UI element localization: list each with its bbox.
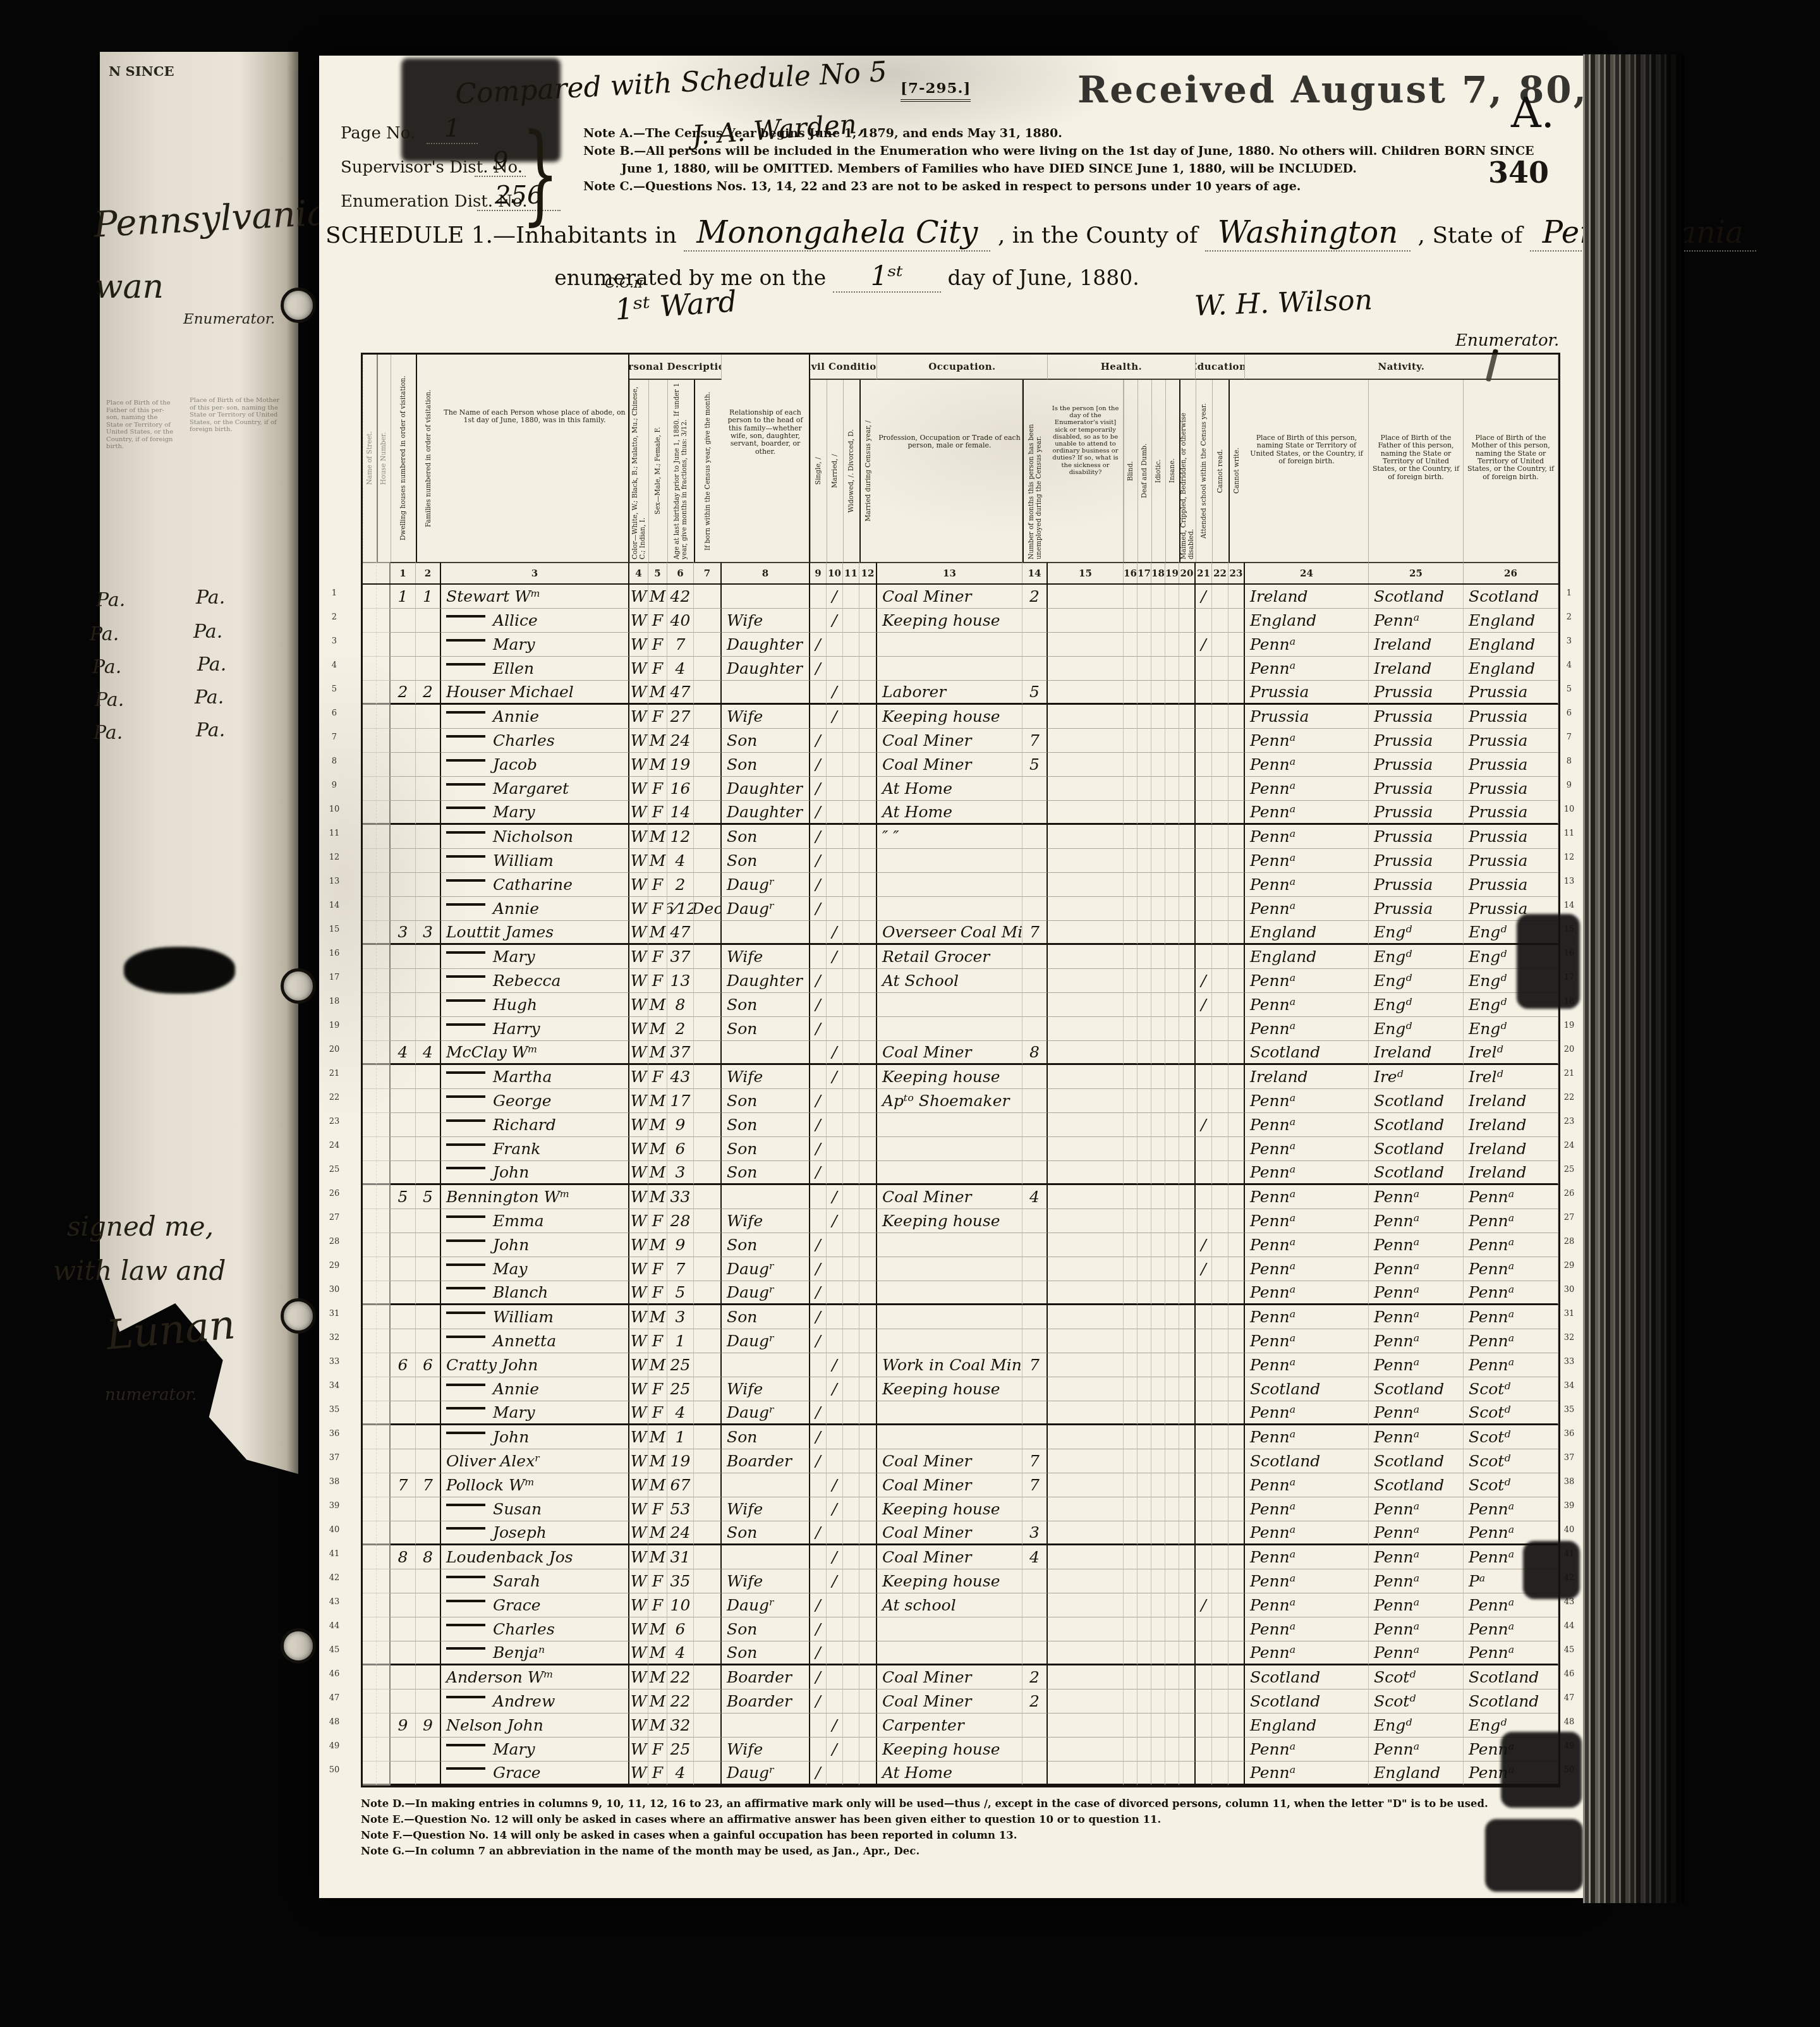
cell-rel-row1	[722, 585, 810, 609]
cell-fb-row49: Pennᵃ	[1369, 1738, 1464, 1762]
cell-deaf-row26	[1137, 1185, 1151, 1209]
line-number: 26	[324, 1182, 344, 1206]
cell-mcy-row21	[859, 1065, 877, 1089]
cell-rd-row22	[1212, 1089, 1228, 1113]
cell-idiotic-row44	[1151, 1617, 1165, 1641]
cell-wd-row43	[843, 1593, 859, 1617]
cell-house-row19	[377, 1017, 391, 1041]
cell-dw-row22	[391, 1089, 416, 1113]
cell-wd-row6	[843, 705, 859, 729]
cell-sg-row9: /	[810, 777, 827, 801]
cell-mr-row11	[827, 825, 843, 849]
cell-blind-row47	[1124, 1689, 1137, 1714]
ink-blot	[1523, 1541, 1580, 1599]
cell-u-row13	[1022, 873, 1048, 897]
cell-deaf-row28	[1137, 1233, 1151, 1257]
cell-idiotic-row30	[1151, 1281, 1165, 1305]
cell-idiotic-row14	[1151, 897, 1165, 921]
cell-s-row41: M	[648, 1545, 667, 1569]
cell-bm-row45	[694, 1641, 722, 1665]
cell-sch-row8	[1196, 753, 1212, 777]
column-number-23: 23	[1228, 562, 1245, 583]
cell-c-row14: W	[629, 897, 648, 921]
cell-sch-row14	[1196, 897, 1212, 921]
cell-fb-row20: Ireland	[1369, 1041, 1464, 1065]
cell-idiotic-row27	[1151, 1209, 1165, 1233]
line-number: 7	[1559, 726, 1579, 750]
cell-sick-row24	[1048, 1137, 1124, 1161]
cell-house-row27	[377, 1209, 391, 1233]
column-label-mr: Married, /	[827, 380, 843, 562]
ditto-mark	[446, 1287, 485, 1289]
cell-sch-row50	[1196, 1762, 1212, 1786]
cell-u-row26: 4	[1022, 1185, 1048, 1209]
cell-pb-row9: Pennᵃ	[1245, 777, 1369, 801]
cell-insane-row36	[1165, 1425, 1179, 1449]
cell-fam-row17	[416, 969, 441, 993]
cell-sch-row24	[1196, 1137, 1212, 1161]
cell-rel-row18: Son	[722, 993, 810, 1017]
cell-blind-row2	[1124, 609, 1137, 633]
cell-wd-row5	[843, 681, 859, 705]
cell-c-row12: W	[629, 849, 648, 873]
cell-mb-row32: Pennᵃ	[1464, 1329, 1558, 1353]
cell-fb-row14: Prussia	[1369, 897, 1464, 921]
cell-dw-row1: 1	[391, 585, 416, 609]
cell-fb-row35: Pennᵃ	[1369, 1401, 1464, 1425]
cell-sick-row47	[1048, 1689, 1124, 1714]
cell-a-row12: 4	[667, 849, 694, 873]
cell-mcy-row41	[859, 1545, 877, 1569]
cell-c-row21: W	[629, 1065, 648, 1089]
line-number: 19	[1559, 1014, 1579, 1038]
cell-mcy-row37	[859, 1449, 877, 1473]
cell-maimed-row26	[1179, 1185, 1196, 1209]
cell-deaf-row44	[1137, 1617, 1151, 1641]
cell-mb-row21: Irelᵈ	[1464, 1065, 1558, 1089]
cell-a-row6: 27	[667, 705, 694, 729]
line-number: 49	[324, 1734, 344, 1758]
cell-pb-row22: Pennᵃ	[1245, 1089, 1369, 1113]
cell-fam-row45	[416, 1641, 441, 1665]
cell-wd-row48	[843, 1714, 859, 1738]
cell-mb-row36: Scotᵈ	[1464, 1425, 1558, 1449]
cell-mcy-row28	[859, 1233, 877, 1257]
cell-occ-row34: Keeping house	[877, 1377, 1022, 1401]
cell-sch-row22	[1196, 1089, 1212, 1113]
line-number: 8	[1559, 750, 1579, 774]
cell-bm-row33	[694, 1353, 722, 1377]
cell-sg-row8: /	[810, 753, 827, 777]
cell-a-row34: 25	[667, 1377, 694, 1401]
cell-blind-row19	[1124, 1017, 1137, 1041]
cell-fb-row6: Prussia	[1369, 705, 1464, 729]
cell-fb-row9: Prussia	[1369, 777, 1464, 801]
margin-fragment: with law and	[53, 1255, 226, 1286]
cell-bm-row20	[694, 1041, 722, 1065]
cell-sg-row10: /	[810, 801, 827, 825]
cell-deaf-row34	[1137, 1377, 1151, 1401]
cell-maimed-row29	[1179, 1257, 1196, 1281]
cell-s-row24: M	[648, 1137, 667, 1161]
margin-fragment: Enumerator.	[183, 311, 275, 327]
cell-house-row38	[377, 1473, 391, 1497]
cell-street-row28	[363, 1233, 377, 1257]
cell-mr-row36	[827, 1425, 843, 1449]
cell-wd-row16	[843, 945, 859, 969]
cell-pb-row47: Scotland	[1245, 1689, 1369, 1714]
line-number: 23	[324, 1110, 344, 1134]
cell-fam-row1: 1	[416, 585, 441, 609]
column-label-rd: Cannot read.	[1212, 380, 1228, 562]
cell-bm-row43	[694, 1593, 722, 1617]
line-number: 24	[1559, 1134, 1579, 1158]
cell-sch-row40	[1196, 1521, 1212, 1545]
cell-insane-row17	[1165, 969, 1179, 993]
cell-c-row38: W	[629, 1473, 648, 1497]
cell-sg-row26	[810, 1185, 827, 1209]
cell-insane-row10	[1165, 801, 1179, 825]
cell-fam-row23	[416, 1113, 441, 1137]
cell-s-row4: F	[648, 657, 667, 681]
cell-dw-row40	[391, 1521, 416, 1545]
cell-pb-row49: Pennᵃ	[1245, 1738, 1369, 1762]
cell-sg-row36: /	[810, 1425, 827, 1449]
cell-street-row49	[363, 1738, 377, 1762]
cell-u-row44	[1022, 1617, 1048, 1641]
column-number-13: 13	[877, 562, 1022, 583]
cell-name-row13: Catharine	[441, 873, 629, 897]
cell-rd-row20	[1212, 1041, 1228, 1065]
cell-house-row50	[377, 1762, 391, 1786]
cell-mb-row8: Prussia	[1464, 753, 1558, 777]
cell-blind-row5	[1124, 681, 1137, 705]
cell-insane-row14	[1165, 897, 1179, 921]
cell-fam-row28	[416, 1233, 441, 1257]
cell-a-row27: 28	[667, 1209, 694, 1233]
cell-sick-row43	[1048, 1593, 1124, 1617]
cell-name-row23: Richard	[441, 1113, 629, 1137]
cell-bm-row22	[694, 1089, 722, 1113]
cell-maimed-row19	[1179, 1017, 1196, 1041]
cell-mcy-row14	[859, 897, 877, 921]
cell-idiotic-row18	[1151, 993, 1165, 1017]
cell-pb-row14: Pennᵃ	[1245, 897, 1369, 921]
cell-mcy-row17	[859, 969, 877, 993]
cell-fam-row16	[416, 945, 441, 969]
column-label-sch: Attended school within the Census year.	[1196, 380, 1212, 562]
cell-insane-row29	[1165, 1257, 1179, 1281]
cell-idiotic-row19	[1151, 1017, 1165, 1041]
group-header-pd: Personal Description.	[629, 355, 722, 380]
table-header: Personal Description.Civil Condition.Occ…	[363, 355, 1558, 585]
cell-wd-row23	[843, 1113, 859, 1137]
cell-maimed-row4	[1179, 657, 1196, 681]
cell-mb-row2: England	[1464, 609, 1558, 633]
cell-insane-row34	[1165, 1377, 1179, 1401]
cell-insane-row27	[1165, 1209, 1179, 1233]
line-number: 44	[324, 1614, 344, 1638]
cell-insane-row18	[1165, 993, 1179, 1017]
cell-a-row32: 1	[667, 1329, 694, 1353]
cell-pb-row30: Pennᵃ	[1245, 1281, 1369, 1305]
cell-c-row1: W	[629, 585, 648, 609]
ditto-mark	[446, 783, 485, 786]
cell-name-row22: George	[441, 1089, 629, 1113]
cell-insane-row39	[1165, 1497, 1179, 1521]
cell-maimed-row5	[1179, 681, 1196, 705]
cell-bm-row36	[694, 1425, 722, 1449]
cell-sg-row42	[810, 1569, 827, 1593]
cell-sg-row20	[810, 1041, 827, 1065]
cell-a-row30: 5	[667, 1281, 694, 1305]
cell-house-row30	[377, 1281, 391, 1305]
cell-street-row13	[363, 873, 377, 897]
cell-sick-row49	[1048, 1738, 1124, 1762]
cell-u-row8: 5	[1022, 753, 1048, 777]
cell-sick-row44	[1048, 1617, 1124, 1641]
cell-name-row6: Annie	[441, 705, 629, 729]
cell-fb-row42: Pennᵃ	[1369, 1569, 1464, 1593]
cell-insane-row21	[1165, 1065, 1179, 1089]
line-number: 46	[1559, 1662, 1579, 1686]
line-number: 35	[1559, 1398, 1579, 1422]
cell-wd-row2	[843, 609, 859, 633]
column-number-14: 14	[1022, 562, 1048, 583]
cell-idiotic-row12	[1151, 849, 1165, 873]
cell-insane-row22	[1165, 1089, 1179, 1113]
cell-wr-row2	[1228, 609, 1245, 633]
cell-s-row44: M	[648, 1617, 667, 1641]
cell-wr-row1	[1228, 585, 1245, 609]
cell-street-row39	[363, 1497, 377, 1521]
cell-wd-row42	[843, 1569, 859, 1593]
cell-sch-row15	[1196, 921, 1212, 945]
ditto-mark	[446, 807, 485, 809]
cell-c-row48: W	[629, 1714, 648, 1738]
cell-fb-row25: Scotland	[1369, 1161, 1464, 1185]
cell-street-row45	[363, 1641, 377, 1665]
cell-pb-row38: Pennᵃ	[1245, 1473, 1369, 1497]
cell-s-row48: M	[648, 1714, 667, 1738]
cell-blind-row45	[1124, 1641, 1137, 1665]
cell-bm-row13	[694, 873, 722, 897]
column-label-insane: Insane.	[1165, 380, 1179, 562]
cell-wr-row8	[1228, 753, 1245, 777]
cell-rel-row7: Son	[722, 729, 810, 753]
cell-rd-row4	[1212, 657, 1228, 681]
cell-a-row15: 47	[667, 921, 694, 945]
cell-pb-row43: Pennᵃ	[1245, 1593, 1369, 1617]
cell-pb-row26: Pennᵃ	[1245, 1185, 1369, 1209]
cell-mcy-row44	[859, 1617, 877, 1641]
cell-fam-row4	[416, 657, 441, 681]
cell-street-row18	[363, 993, 377, 1017]
cell-sg-row21	[810, 1065, 827, 1089]
cell-a-row13: 2	[667, 873, 694, 897]
cell-sch-row1: /	[1196, 585, 1212, 609]
ditto-mark	[446, 759, 485, 762]
cell-u-row39	[1022, 1497, 1048, 1521]
cell-s-row23: M	[648, 1113, 667, 1137]
cell-a-row46: 22	[667, 1665, 694, 1689]
cell-mcy-row40	[859, 1521, 877, 1545]
line-number: 1	[1559, 581, 1579, 606]
cell-mr-row33: /	[827, 1353, 843, 1377]
cell-sch-row39	[1196, 1497, 1212, 1521]
cell-fb-row4: Ireland	[1369, 657, 1464, 681]
column-label-a: Age at last birthday prior to June 1, 18…	[667, 380, 694, 562]
cell-mcy-row35	[859, 1401, 877, 1425]
cell-s-row10: F	[648, 801, 667, 825]
cell-fam-row38: 7	[416, 1473, 441, 1497]
cell-wr-row21	[1228, 1065, 1245, 1089]
cell-rel-row23: Son	[722, 1113, 810, 1137]
cell-sch-row46	[1196, 1665, 1212, 1689]
cell-sick-row28	[1048, 1233, 1124, 1257]
cell-idiotic-row38	[1151, 1473, 1165, 1497]
ditto-mark	[446, 1504, 485, 1506]
cell-street-row15	[363, 921, 377, 945]
cell-fam-row24	[416, 1137, 441, 1161]
cell-s-row49: F	[648, 1738, 667, 1762]
cell-sg-row41	[810, 1545, 827, 1569]
cell-name-row46: Anderson Wᵐ	[441, 1665, 629, 1689]
line-number: 34	[1559, 1374, 1579, 1398]
cell-c-row29: W	[629, 1257, 648, 1281]
cell-maimed-row8	[1179, 753, 1196, 777]
cell-blind-row13	[1124, 873, 1137, 897]
cell-wd-row35	[843, 1401, 859, 1425]
cell-mb-row33: Pennᵃ	[1464, 1353, 1558, 1377]
column-label-wd: Widowed, /. Divorced, D.	[843, 380, 859, 562]
ditto-mark	[446, 1263, 485, 1266]
cell-mcy-row1	[859, 585, 877, 609]
cell-s-row21: F	[648, 1065, 667, 1089]
cell-s-row15: M	[648, 921, 667, 945]
cell-insane-row16	[1165, 945, 1179, 969]
cell-bm-row16	[694, 945, 722, 969]
cell-a-row28: 9	[667, 1233, 694, 1257]
line-number: 20	[324, 1038, 344, 1062]
cell-mcy-row33	[859, 1353, 877, 1377]
cell-fb-row44: Pennᵃ	[1369, 1617, 1464, 1641]
cell-insane-row15	[1165, 921, 1179, 945]
cell-street-row17	[363, 969, 377, 993]
cell-sch-row34	[1196, 1377, 1212, 1401]
binder-hole	[281, 1298, 316, 1334]
cell-wr-row40	[1228, 1521, 1245, 1545]
cell-bm-row27	[694, 1209, 722, 1233]
cell-maimed-row32	[1179, 1329, 1196, 1353]
cell-deaf-row20	[1137, 1041, 1151, 1065]
cell-s-row19: M	[648, 1017, 667, 1041]
cell-sg-row47: /	[810, 1689, 827, 1714]
cell-deaf-row50	[1137, 1762, 1151, 1786]
cell-maimed-row40	[1179, 1521, 1196, 1545]
cell-c-row8: W	[629, 753, 648, 777]
line-number: 47	[1559, 1686, 1579, 1710]
cell-house-row32	[377, 1329, 391, 1353]
cell-occ-row31	[877, 1305, 1022, 1329]
cell-pb-row44: Pennᵃ	[1245, 1617, 1369, 1641]
cell-mcy-row16	[859, 945, 877, 969]
cell-house-row42	[377, 1569, 391, 1593]
cell-rel-row41	[722, 1545, 810, 1569]
line-number: 40	[324, 1518, 344, 1542]
cell-dw-row39	[391, 1497, 416, 1521]
cell-occ-row36	[877, 1425, 1022, 1449]
cell-mr-row26: /	[827, 1185, 843, 1209]
cell-street-row19	[363, 1017, 377, 1041]
cell-mr-row15: /	[827, 921, 843, 945]
cell-house-row46	[377, 1665, 391, 1689]
cell-mcy-row46	[859, 1665, 877, 1689]
cell-dw-row13	[391, 873, 416, 897]
cell-s-row28: M	[648, 1233, 667, 1257]
enumeration-day: 1ˢᵗ	[833, 260, 941, 293]
note-b-line2: June 1, 1880, will be OMITTED. Members o…	[621, 162, 1436, 176]
cell-a-row3: 7	[667, 633, 694, 657]
cell-idiotic-row3	[1151, 633, 1165, 657]
cell-fb-row50: England	[1369, 1762, 1464, 1786]
cell-pb-row41: Pennᵃ	[1245, 1545, 1369, 1569]
cell-name-row16: Mary	[441, 945, 629, 969]
cell-fam-row8	[416, 753, 441, 777]
cell-pb-row6: Prussia	[1245, 705, 1369, 729]
cell-fam-row33: 6	[416, 1353, 441, 1377]
cell-occ-row24	[877, 1137, 1022, 1161]
cell-dw-row38: 7	[391, 1473, 416, 1497]
cell-u-row10	[1022, 801, 1048, 825]
column-label-c: Color—White, W.; Black, B.; Mulatto, Mu.…	[629, 380, 648, 562]
cell-street-row1	[363, 585, 377, 609]
margin-fragment: Pa.	[196, 719, 225, 741]
cell-fb-row40: Pennᵃ	[1369, 1521, 1464, 1545]
cell-wr-row7	[1228, 729, 1245, 753]
cell-mcy-row7	[859, 729, 877, 753]
cell-u-row12	[1022, 849, 1048, 873]
cell-house-row12	[377, 849, 391, 873]
line-number: 6	[324, 702, 344, 726]
cell-pb-row27: Pennᵃ	[1245, 1209, 1369, 1233]
cell-bm-row4	[694, 657, 722, 681]
cell-s-row33: M	[648, 1353, 667, 1377]
cell-u-row11	[1022, 825, 1048, 849]
cell-sg-row45: /	[810, 1641, 827, 1665]
cell-c-row26: W	[629, 1185, 648, 1209]
cell-fam-row40	[416, 1521, 441, 1545]
cell-rd-row48	[1212, 1714, 1228, 1738]
cell-u-row27	[1022, 1209, 1048, 1233]
cell-wd-row15	[843, 921, 859, 945]
cell-deaf-row45	[1137, 1641, 1151, 1665]
cell-idiotic-row28	[1151, 1233, 1165, 1257]
cell-idiotic-row21	[1151, 1065, 1165, 1089]
cell-wr-row49	[1228, 1738, 1245, 1762]
cell-sch-row44	[1196, 1617, 1212, 1641]
state-label: , State of	[1418, 222, 1523, 248]
cell-sick-row9	[1048, 777, 1124, 801]
cell-mr-row13	[827, 873, 843, 897]
cell-name-row11: Nicholson	[441, 825, 629, 849]
cell-house-row6	[377, 705, 391, 729]
cell-rel-row48	[722, 1714, 810, 1738]
cell-wr-row46	[1228, 1665, 1245, 1689]
cell-rd-row37	[1212, 1449, 1228, 1473]
cell-idiotic-row34	[1151, 1377, 1165, 1401]
cell-name-row9: Margaret	[441, 777, 629, 801]
